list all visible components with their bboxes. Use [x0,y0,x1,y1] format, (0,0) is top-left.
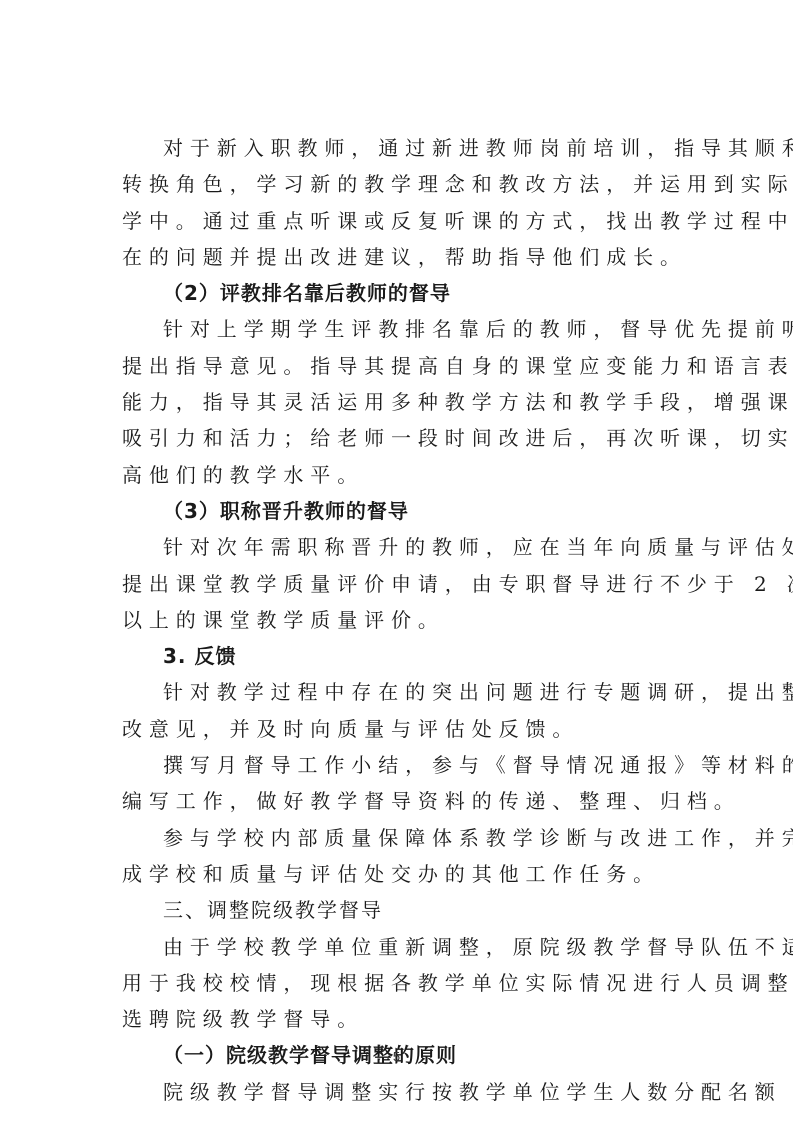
text-line: 以上的课堂教学质量评价。 [122,602,674,638]
text-line: 编写工作，做好教学督导资料的传递、整理、归档。 [122,783,674,819]
text-line: 选聘院级教学督导。 [122,1001,674,1037]
text-line: 由于学校教学单位重新调整，原院级教学督导队伍不适 [122,929,674,965]
section-heading: 3. 反馈 [122,638,674,674]
text-line: 针对教学过程中存在的突出问题进行专题调研，提出整 [122,674,674,710]
section-heading: （2）评教排名靠后教师的督导 [122,275,674,311]
document-page: 对于新入职教师，通过新进教师岗前培训，指导其顺利转换角色，学习新的教学理念和教改… [0,0,793,1122]
section-heading: 三、调整院级教学督导 [122,892,674,928]
text-line: 成学校和质量与评估处交办的其他工作任务。 [122,856,674,892]
text-line: 针对次年需职称晋升的教师，应在当年向质量与评估处 [122,529,674,565]
text-line: 参与学校内部质量保障体系教学诊断与改进工作，并完 [122,820,674,856]
text-line: 针对上学期学生评教排名靠后的教师，督导优先提前听， [122,311,674,347]
text-line: 在的问题并提出改进建议，帮助指导他们成长。 [122,239,674,275]
text-line: 撰写月督导工作小结，参与《督导情况通报》等材料的 [122,747,674,783]
page-number: 5 [0,1049,793,1064]
text-line: 提出课堂教学质量评价申请，由专职督导进行不少于 2 次及 [122,566,674,602]
text-line: 转换角色，学习新的教学理念和教改方法，并运用到实际教 [122,166,674,202]
text-line: 高他们的教学水平。 [122,457,674,493]
text-line: 学中。通过重点听课或反复听课的方式，找出教学过程中存 [122,203,674,239]
text-line: 对于新入职教师，通过新进教师岗前培训，指导其顺利 [122,130,674,166]
text-line: 提出指导意见。指导其提高自身的课堂应变能力和语言表达 [122,348,674,384]
text-line: 能力，指导其灵活运用多种教学方法和教学手段，增强课堂 [122,384,674,420]
text-line: 吸引力和活力；给老师一段时间改进后，再次听课，切实提 [122,420,674,456]
document-body: 对于新入职教师，通过新进教师岗前培训，指导其顺利转换角色，学习新的教学理念和教改… [122,130,674,1110]
text-line: 用于我校校情，现根据各教学单位实际情况进行人员调整， [122,965,674,1001]
text-line: 院级教学督导调整实行按教学单位学生人数分配名额 [122,1074,674,1110]
text-line: 改意见，并及时向质量与评估处反馈。 [122,711,674,747]
section-heading: （3）职称晋升教师的督导 [122,493,674,529]
